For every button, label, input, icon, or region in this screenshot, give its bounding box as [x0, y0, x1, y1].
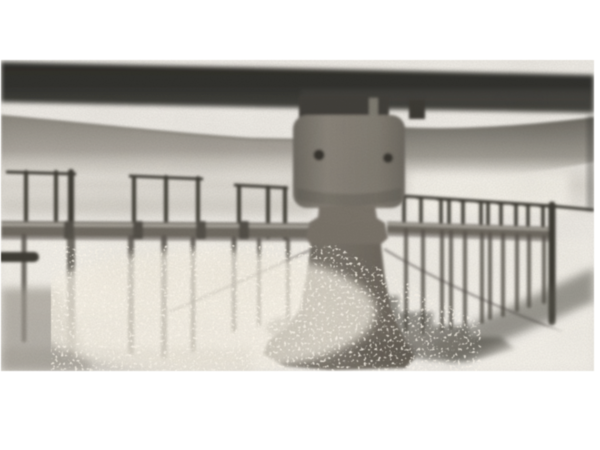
grain-overlay [1, 60, 594, 371]
scanned-document-page [0, 0, 600, 450]
clarifier-photo-canvas [1, 60, 594, 371]
right-edge-dark-streak [587, 115, 594, 210]
clarifier-photo [1, 60, 594, 371]
